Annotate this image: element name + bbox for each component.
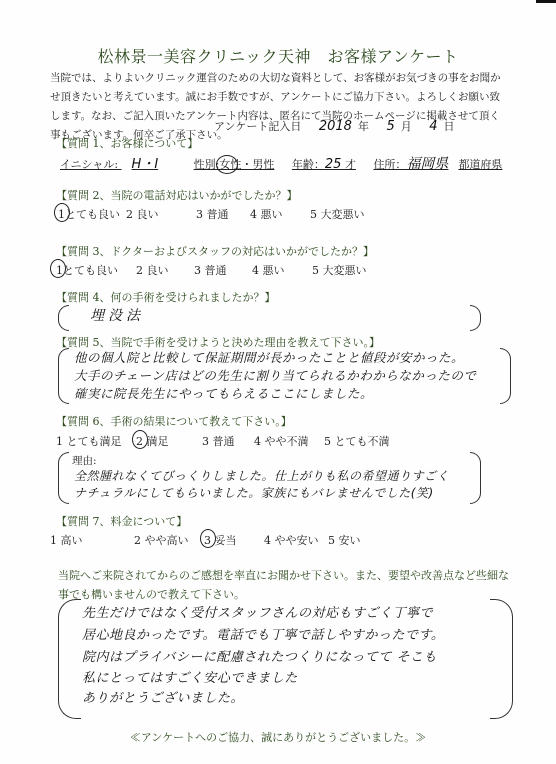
q4-bracket-left [58, 305, 69, 331]
q6-bracket-left [58, 452, 69, 504]
q3-selected-circle [50, 259, 66, 278]
day-unit: 日 [444, 120, 455, 133]
comments-prompt: 当院へご来院されてからのご感想を率直にお聞かせ下さい。また、要望や改善点など些細… [58, 566, 518, 604]
q5-bracket-right [500, 348, 511, 404]
q7-option-5[interactable]: 5 安い [328, 532, 361, 548]
form-title: 松林景一美容クリニック天神 お客様アンケート [0, 44, 556, 67]
year-unit: 年 [358, 120, 369, 133]
age-label: 年齢： [292, 158, 325, 171]
q6-selected-circle [132, 430, 148, 449]
comments-bracket-right [490, 599, 513, 719]
q7-option-4[interactable]: 4 やや安い [264, 532, 319, 548]
q6-line: ナチュラルにしてもらいました。家族にもバレませんでした(笑) [74, 484, 434, 503]
q2-selected-circle [54, 203, 70, 222]
q5-line: 大手のチェーン店はどの先生に割り当てられるかわからなかったので [74, 366, 476, 385]
q2-heading: 【質問 2、当院の電話対応はいかがでしたか？】 [56, 187, 298, 203]
q6-option-5[interactable]: 5 とても不満 [324, 433, 390, 449]
address-label: 住所： [373, 158, 406, 171]
comments-bracket-left [58, 599, 81, 719]
q6-option-1[interactable]: 1 とても満足 [56, 433, 122, 449]
comments-line: 私にとってはすごく安心できました [82, 669, 298, 688]
q7-option-1[interactable]: 1 高い [50, 532, 83, 548]
comments-line: 先生だけではなく受付スタッフさんの対応もすごく丁寧で [82, 604, 433, 623]
q3-heading: 【質問 3、ドクターおよびスタッフの対応はいかがでしたか？】 [56, 243, 374, 259]
q6-option-3[interactable]: 3 普通 [202, 433, 235, 449]
q1-heading: 【質問 1、お客様について】 [56, 135, 198, 151]
q6-heading: 【質問 6、手術の結果について教えて下さい。】 [56, 413, 292, 429]
date-label: アンケート記入日 [214, 120, 301, 133]
age-value: 25 [325, 157, 342, 172]
date-day[interactable]: 4 [429, 119, 437, 134]
comments-line: 居心地良かったです。電話でも丁寧で話しやすかったです。 [82, 626, 444, 645]
address-unit: 都道府県 [458, 158, 502, 171]
q3-option-4[interactable]: 4 悪い [252, 262, 285, 278]
age-unit: 才 [345, 158, 356, 171]
initial-field[interactable]: イニシャル: H・I [60, 158, 176, 171]
q2-option-2[interactable]: 2 良い [126, 206, 159, 222]
q6-bracket-right [470, 452, 481, 504]
q5-line: 確実に院長先生にやってもらえるここにしました。 [74, 384, 373, 403]
q1-fields: イニシャル: H・I 性別:女性・男性 年齢：25 才 住所：福岡県都道府県 [60, 153, 516, 173]
comments-line: 院内はプライバシーに配慮されたつくりになってて そこも [82, 648, 437, 667]
q5-bracket-left [58, 348, 69, 404]
q4-heading: 【質問 4、何の手術を受けられましたか？】 [56, 289, 276, 305]
initial-label: イニシャル: [60, 158, 118, 171]
gender-circle-mark [216, 155, 238, 174]
survey-date: アンケート記入日 2018年 5月 4日 [214, 118, 455, 134]
date-month[interactable]: 5 [386, 119, 394, 134]
thanks-footer: ≪アンケートへのご協力、誠にありがとうございました。≫ [0, 729, 556, 745]
q7-selected-circle [200, 529, 216, 548]
gender-field[interactable]: 性別:女性・男性 [194, 158, 275, 171]
q4-bracket-right [470, 305, 481, 331]
address-value: 福岡県 [406, 156, 448, 172]
q3-option-2[interactable]: 2 良い [136, 262, 169, 278]
q7-heading: 【質問 7、料金について】 [56, 513, 187, 529]
address-field[interactable]: 住所：福岡県都道府県 [373, 158, 502, 171]
q6-option-4[interactable]: 4 やや不満 [254, 433, 309, 449]
date-year[interactable]: 2018 [319, 119, 352, 134]
q2-option-4[interactable]: 4 悪い [250, 206, 283, 222]
initial-value: H・I [132, 157, 159, 172]
q4-answer[interactable]: 埋没法 [90, 307, 144, 326]
month-unit: 月 [401, 120, 412, 133]
q5-line: 他の個人院と比較して保証期間が長かったことと値段が安かった。 [74, 348, 464, 367]
comments-line: ありがとうございました。 [82, 689, 244, 708]
q3-option-3[interactable]: 3 普通 [194, 262, 227, 278]
q6-reason-label: 理由: [72, 453, 97, 468]
q2-option-3[interactable]: 3 普通 [196, 206, 229, 222]
q2-option-5[interactable]: 5 大変悪い [310, 206, 365, 222]
scan-edge-mark [536, 0, 556, 3]
q7-option-2[interactable]: 2 やや高い [134, 532, 189, 548]
q3-option-5[interactable]: 5 大変悪い [312, 262, 367, 278]
age-field[interactable]: 年齢：25 才 [292, 158, 356, 171]
